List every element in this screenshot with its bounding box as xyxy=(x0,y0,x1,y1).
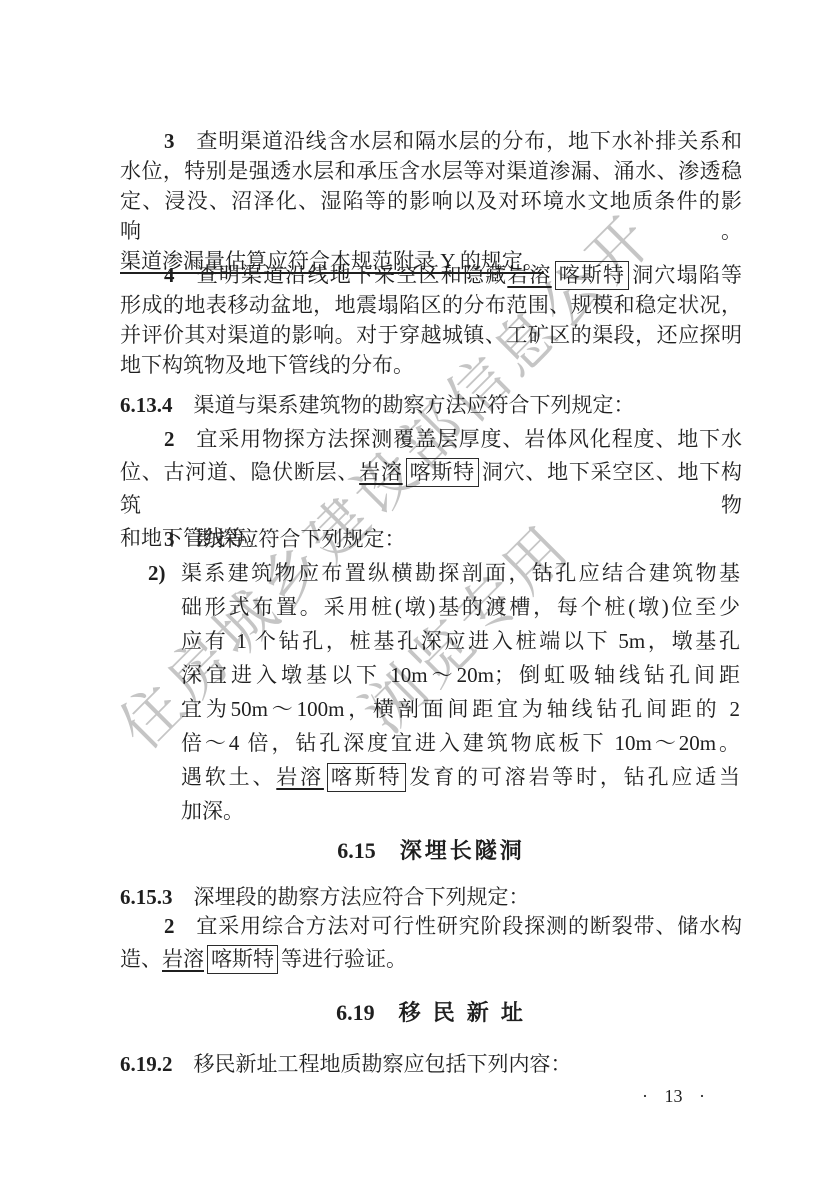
text-run: 形成的地表移动盆地，地震塌陷区的分布范围、规模和稳定状况， xyxy=(120,293,742,317)
clause-number: 深埋长隧洞 xyxy=(400,838,525,863)
text-line: 遇软土、岩溶喀斯特发育的可溶岩等时，钻孔应适当 xyxy=(181,760,740,794)
text-line: 水位，特别是强透水层和承压含水层等对渠道渗漏、涌水、渗透稳 xyxy=(120,156,742,186)
text-line: 6.13.4渠道与渠系建筑物的勘察方法应符合下列规定： xyxy=(120,390,742,420)
text-line: 地下构筑物及地下管线的分布。 xyxy=(120,350,742,380)
text-line: 宜为50m～100m，横剖面间距宜为轴线钻孔间距的 2 xyxy=(181,692,740,726)
clause-number: 3 xyxy=(164,129,175,153)
clause-number: 2 xyxy=(164,427,175,451)
text-run: 定、浸没、沼泽化、湿陷等的影响以及对环境水文地质条件的影响。 xyxy=(120,189,742,243)
text-line: 深宜进入墩基以下 10m～20m；倒虹吸轴线钻孔间距 xyxy=(181,658,740,692)
text-line: 应有 1 个钻孔，桩基孔深应进入桩端以下 5m，墩基孔 xyxy=(181,624,740,658)
clause-3-para: 3查明渠道沿线含水层和隔水层的分布，地下水补排关系和水位，特别是强透水层和承压含… xyxy=(120,126,742,276)
text-run: 深宜进入墩基以下 10m～20m；倒虹吸轴线钻孔间距 xyxy=(181,663,740,687)
text-line: 定、浸没、沼泽化、湿陷等的影响以及对环境水文地质条件的影响。 xyxy=(120,186,742,246)
text-run: 础形式布置。采用桩(墩)基的渡槽，每个桩(墩)位至少 xyxy=(181,595,740,619)
clause-6-13-4: 6.13.4渠道与渠系建筑物的勘察方法应符合下列规定： xyxy=(120,390,742,420)
text-line: 加深。 xyxy=(181,794,740,828)
deleted-term: 岩溶 xyxy=(162,947,204,971)
text-run: 发育的可溶岩等时，钻孔应适当 xyxy=(409,765,740,789)
clause-6-15-3-item-2: 2宜采用综合方法对可行性研究阶段探测的断裂带、储水构造、岩溶喀斯特等进行验证。 xyxy=(120,910,742,976)
text-run: 宜为50m～100m，横剖面间距宜为轴线钻孔间距的 2 xyxy=(181,697,740,721)
text-run: 勘探应符合下列规定： xyxy=(196,527,406,551)
page-number: · 13 · xyxy=(642,1086,732,1107)
text-line: 2)渠系建筑物应布置纵横勘探剖面，钻孔应结合建筑物基 xyxy=(181,556,740,590)
text-run: 造、 xyxy=(120,947,162,971)
text-line: 3查明渠道沿线含水层和隔水层的分布，地下水补排关系和 xyxy=(120,126,742,156)
clause-number: 4 xyxy=(164,263,175,287)
text-run: 并评价其对渠道的影响。对于穿越城镇、工矿区的渠段，还应探明 xyxy=(120,323,742,347)
text-run: 水位，特别是强透水层和承压含水层等对渠道渗漏、涌水、渗透稳 xyxy=(120,159,742,183)
text-run: 加深。 xyxy=(181,799,244,823)
text-run: 宜采用综合方法对可行性研究阶段探测的断裂带、储水构 xyxy=(196,914,743,938)
deleted-term: 岩溶 xyxy=(507,263,551,287)
clause-number: 6.15 xyxy=(337,838,376,863)
clause-4-para: 4查明渠道沿线地下采空区和隐藏岩溶喀斯特洞穴塌陷等形成的地表移动盆地，地震塌陷区… xyxy=(120,260,742,380)
text-line: 造、岩溶喀斯特等进行验证。 xyxy=(120,943,742,976)
text-line: 形成的地表移动盆地，地震塌陷区的分布范围、规模和稳定状况， xyxy=(120,290,742,320)
text-line: 6.19.2移民新址工程地质勘察应包括下列内容： xyxy=(120,1049,742,1079)
document-page: 住房城乡建设部信息公开 浏览专用 · 13 · 3查明渠道沿线含水层和隔水层的分… xyxy=(0,0,827,1199)
heading-6-19: 6.19移 民 新 址 xyxy=(120,998,742,1028)
text-run: 地下构筑物及地下管线的分布。 xyxy=(120,353,414,377)
text-line: 础形式布置。采用桩(墩)基的渡槽，每个桩(墩)位至少 xyxy=(181,590,740,624)
heading-6-15: 6.15深埋长隧洞 xyxy=(120,836,742,866)
text-run: 倍～4 倍，钻孔深度宜进入建筑物底板下 10m～20m。 xyxy=(181,731,740,755)
clause-6-15-3: 6.15.3深埋段的勘察方法应符合下列规定： xyxy=(120,882,742,912)
text-line: 4查明渠道沿线地下采空区和隐藏岩溶喀斯特洞穴塌陷等 xyxy=(120,260,742,290)
text-run: 宜采用物探方法探测覆盖层厚度、岩体风化程度、地下水 xyxy=(196,427,743,451)
item-marker: 2) xyxy=(148,556,166,590)
text-line: 6.15.3深埋段的勘察方法应符合下列规定： xyxy=(120,882,742,912)
text-line: 6.19移 民 新 址 xyxy=(120,998,742,1028)
text-run: 等进行验证。 xyxy=(281,947,407,971)
text-run: 查明渠道沿线地下采空区和隐藏 xyxy=(196,263,508,287)
clause-number: 6.13.4 xyxy=(120,393,173,417)
clause-6-13-4-item-3: 3勘探应符合下列规定： xyxy=(120,523,742,556)
text-line: 2宜采用物探方法探测覆盖层厚度、岩体风化程度、地下水 xyxy=(120,423,742,456)
text-line: 2宜采用综合方法对可行性研究阶段探测的断裂带、储水构 xyxy=(120,910,742,943)
clause-number: 移 民 新 址 xyxy=(399,1000,526,1025)
deleted-term: 岩溶 xyxy=(359,460,402,484)
clause-number: 6.19 xyxy=(336,1000,375,1025)
inserted-term: 喀斯特 xyxy=(406,458,479,487)
inserted-term: 喀斯特 xyxy=(555,261,630,290)
text-line: 并评价其对渠道的影响。对于穿越城镇、工矿区的渠段，还应探明 xyxy=(120,320,742,350)
text-line: 倍～4 倍，钻孔深度宜进入建筑物底板下 10m～20m。 xyxy=(181,726,740,760)
inserted-term: 喀斯特 xyxy=(207,945,278,974)
text-run: 查明渠道沿线含水层和隔水层的分布，地下水补排关系和 xyxy=(196,129,743,153)
text-run: 遇软土、 xyxy=(181,765,276,789)
text-line: 3勘探应符合下列规定： xyxy=(120,523,742,556)
clause-number: 2 xyxy=(164,914,175,938)
text-run: 深埋段的勘察方法应符合下列规定： xyxy=(194,885,530,909)
clause-6-13-4-item-3-sub-2: 2)渠系建筑物应布置纵横勘探剖面，钻孔应结合建筑物基础形式布置。采用桩(墩)基的… xyxy=(181,556,740,828)
deleted-term: 岩溶 xyxy=(276,765,324,789)
clause-6-19-2: 6.19.2移民新址工程地质勘察应包括下列内容： xyxy=(120,1049,742,1079)
clause-number: 3 xyxy=(164,527,175,551)
clause-number: 6.15.3 xyxy=(120,885,173,909)
text-line: 6.15深埋长隧洞 xyxy=(120,836,742,866)
text-run: 移民新址工程地质勘察应包括下列内容： xyxy=(194,1052,572,1076)
text-line: 位、古河道、隐伏断层、岩溶喀斯特洞穴、地下采空区、地下构筑物 xyxy=(120,456,742,522)
clause-number: 6.19.2 xyxy=(120,1052,173,1076)
inserted-term: 喀斯特 xyxy=(327,763,406,792)
text-run: 应有 1 个钻孔，桩基孔深应进入桩端以下 5m，墩基孔 xyxy=(181,629,740,653)
text-run: 洞穴塌陷等 xyxy=(632,263,742,287)
text-run: 渠系建筑物应布置纵横勘探剖面，钻孔应结合建筑物基 xyxy=(181,561,740,585)
text-run: 渠道与渠系建筑物的勘察方法应符合下列规定： xyxy=(194,393,635,417)
text-run: 位、古河道、隐伏断层、 xyxy=(120,460,359,484)
